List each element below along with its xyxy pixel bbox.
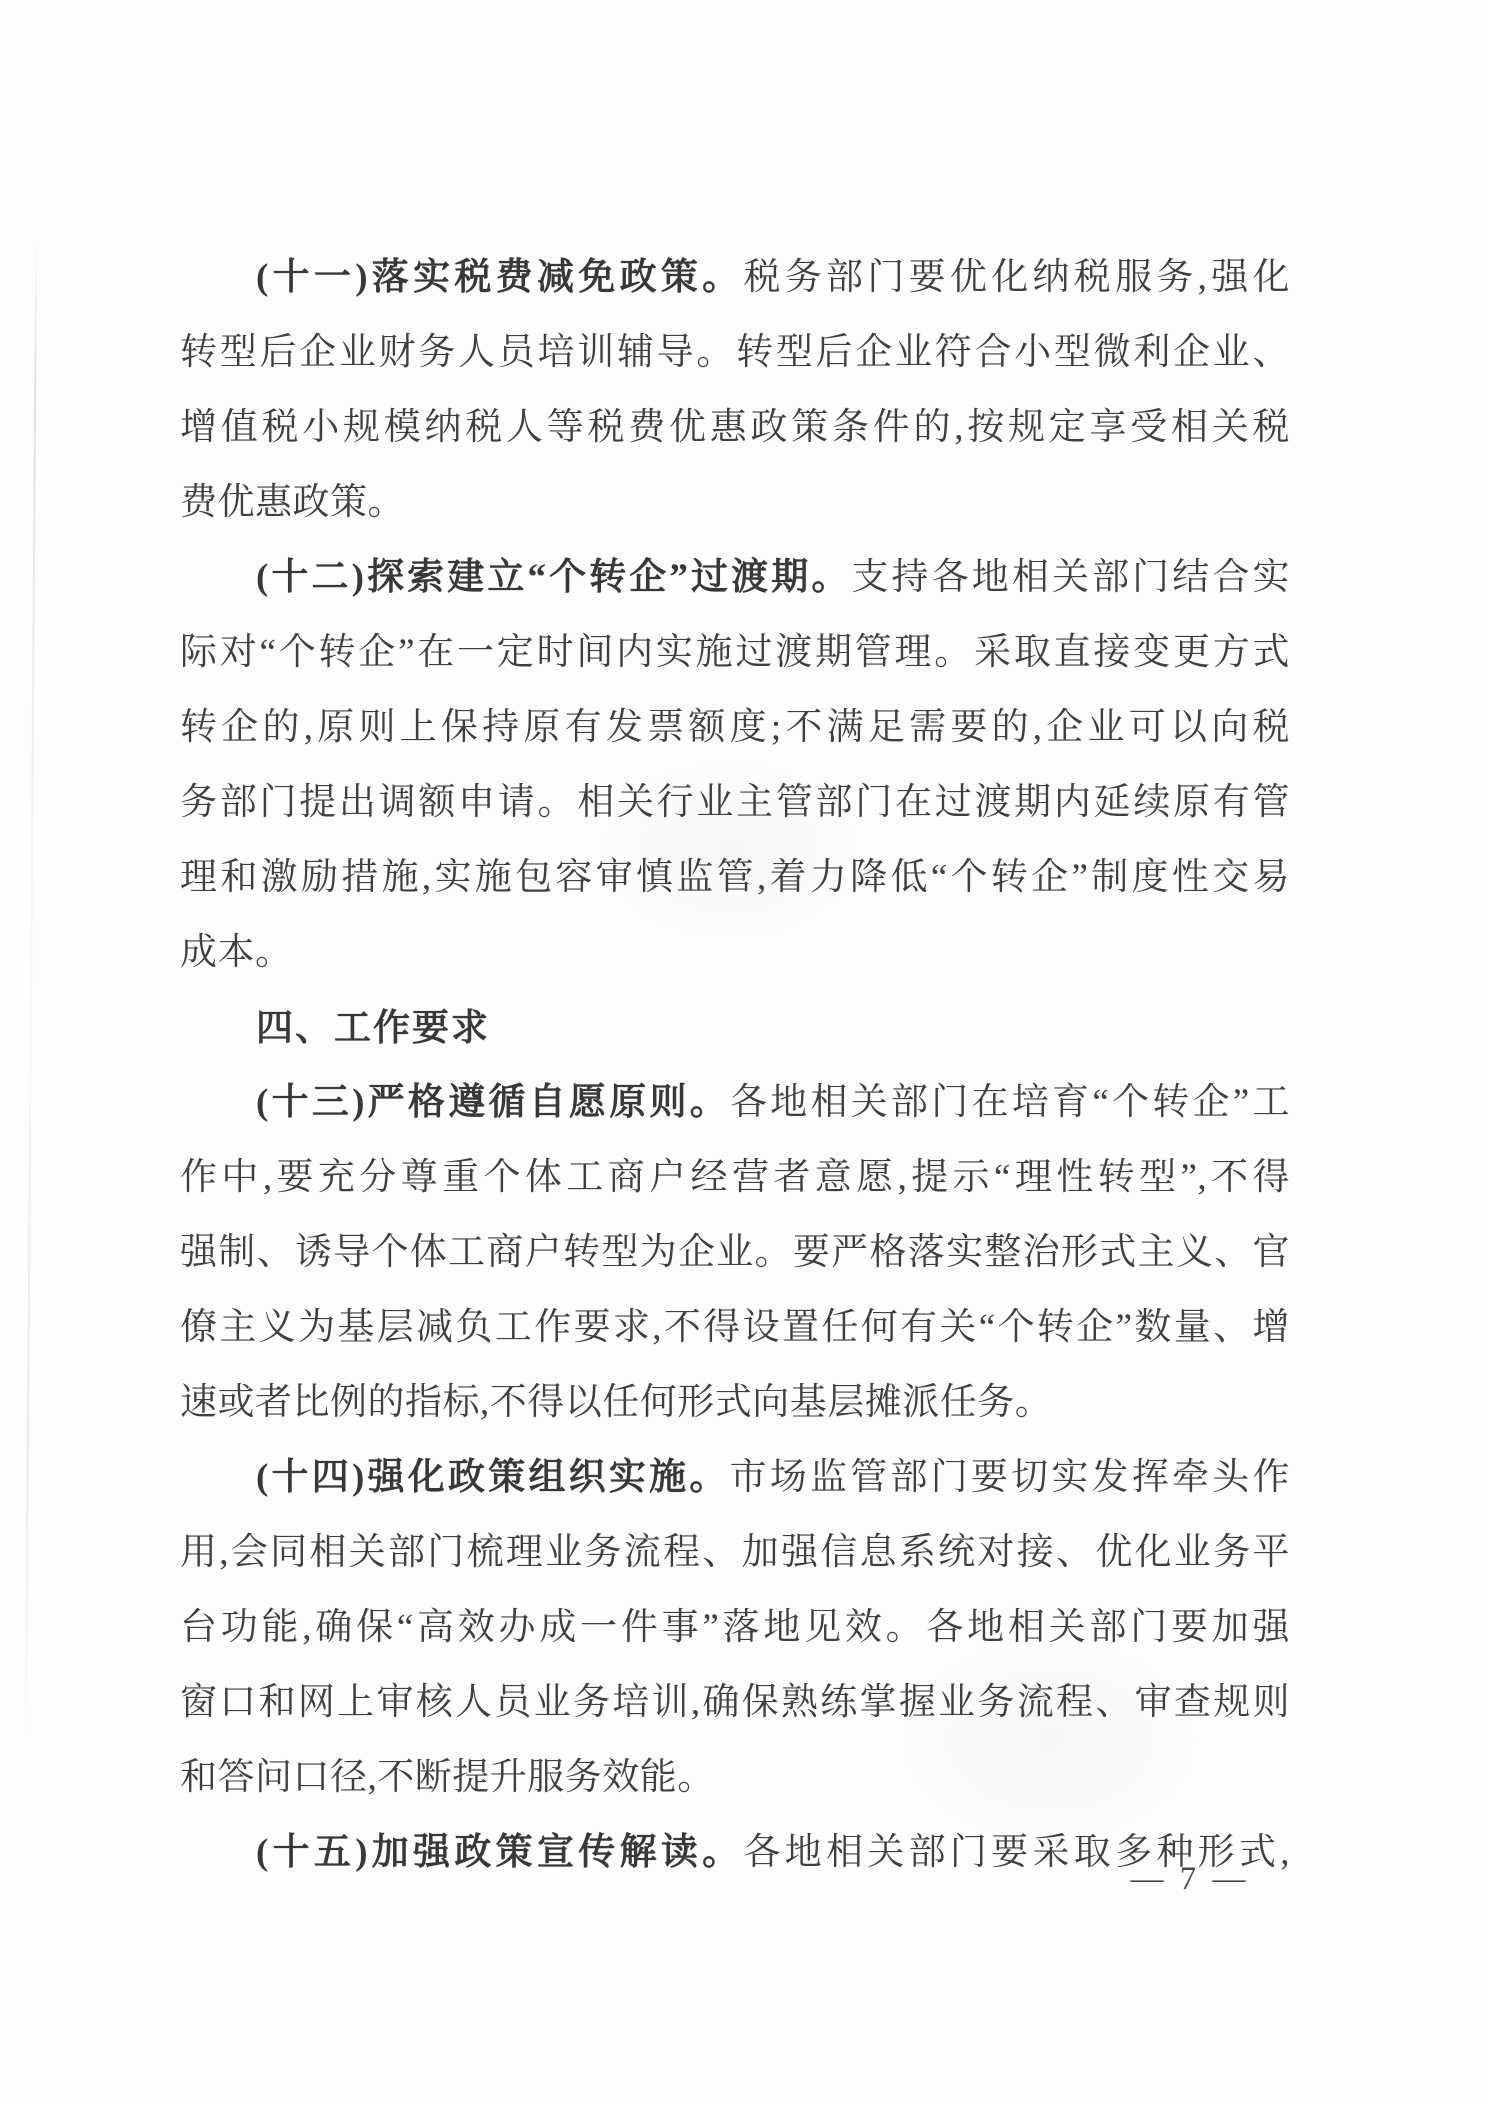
emphasis-text: (十五)加强政策宣传解读。 bbox=[256, 1832, 743, 1873]
text-line: 用,会同相关部门梳理业务流程、加强信息系统对接、优化业务平 bbox=[180, 1515, 1290, 1590]
body-text: 税务部门要优化纳税服务,强化 bbox=[743, 257, 1290, 298]
body-text: 速或者比例的指标,不得以任何形式向基层摊派任务。 bbox=[180, 1382, 1052, 1423]
text-line: 务部门提出调额申请。相关行业主管部门在过渡期内延续原有管 bbox=[180, 765, 1290, 840]
scan-crease-line bbox=[25, 240, 37, 1740]
emphasis-text: (十四)强化政策组织实施。 bbox=[256, 1457, 730, 1498]
body-text: 支持各地相关部门结合实 bbox=[851, 557, 1290, 598]
page-number: — 7 — bbox=[1080, 1854, 1300, 1904]
text-line: (十三)严格遵循自愿原则。各地相关部门在培育“个转企”工 bbox=[180, 1065, 1290, 1140]
body-text: 窗口和网上审核人员业务培训,确保熟练掌握业务流程、审查规则 bbox=[180, 1682, 1290, 1723]
body-text: 转型后企业财务人员培训辅导。转型后企业符合小型微利企业、 bbox=[180, 332, 1290, 373]
text-line: 际对“个转企”在一定时间内实施过渡期管理。采取直接变更方式 bbox=[180, 615, 1290, 690]
body-text: 费优惠政策。 bbox=[180, 482, 405, 523]
text-line: 转企的,原则上保持原有发票额度;不满足需要的,企业可以向税 bbox=[180, 690, 1290, 765]
body-text: 台功能,确保“高效办成一件事”落地见效。各地相关部门要加强 bbox=[180, 1607, 1290, 1648]
emphasis-text: 四、工作要求 bbox=[256, 1007, 490, 1048]
body-text: 用,会同相关部门梳理业务流程、加强信息系统对接、优化业务平 bbox=[180, 1532, 1290, 1573]
body-text: 僚主义为基层减负工作要求,不得设置任何有关“个转企”数量、增 bbox=[180, 1307, 1290, 1348]
body-text: 转企的,原则上保持原有发票额度;不满足需要的,企业可以向税 bbox=[180, 707, 1290, 748]
text-line: 强制、诱导个体工商户转型为企业。要严格落实整治形式主义、官 bbox=[180, 1215, 1290, 1290]
body-text: 各地相关部门在培育“个转企”工 bbox=[730, 1082, 1290, 1123]
text-line: 窗口和网上审核人员业务培训,确保熟练掌握业务流程、审查规则 bbox=[180, 1665, 1290, 1740]
text-line: 台功能,确保“高效办成一件事”落地见效。各地相关部门要加强 bbox=[180, 1590, 1290, 1665]
body-text: 理和激励措施,实施包容审慎监管,着力降低“个转企”制度性交易 bbox=[180, 857, 1290, 898]
body-text: 作中,要充分尊重个体工商户经营者意愿,提示“理性转型”,不得 bbox=[180, 1157, 1290, 1198]
text-line: (十二)探索建立“个转企”过渡期。支持各地相关部门结合实 bbox=[180, 540, 1290, 615]
text-line: 增值税小规模纳税人等税费优惠政策条件的,按规定享受相关税 bbox=[180, 390, 1290, 465]
section-heading: 四、工作要求 bbox=[180, 990, 1290, 1065]
scanned-document-page: (十一)落实税费减免政策。税务部门要优化纳税服务,强化转型后企业财务人员培训辅导… bbox=[0, 0, 1487, 2104]
emphasis-text: (十一)落实税费减免政策。 bbox=[256, 257, 743, 298]
emphasis-text: (十三)严格遵循自愿原则。 bbox=[256, 1082, 730, 1123]
text-line: (十四)强化政策组织实施。市场监管部门要切实发挥牵头作 bbox=[180, 1440, 1290, 1515]
body-text: 和答问口径,不断提升服务效能。 bbox=[180, 1757, 715, 1798]
text-line: 成本。 bbox=[180, 915, 1290, 990]
text-line: 费优惠政策。 bbox=[180, 465, 1290, 540]
text-line: 僚主义为基层减负工作要求,不得设置任何有关“个转企”数量、增 bbox=[180, 1290, 1290, 1365]
text-line: 转型后企业财务人员培训辅导。转型后企业符合小型微利企业、 bbox=[180, 315, 1290, 390]
text-line: (十一)落实税费减免政策。税务部门要优化纳税服务,强化 bbox=[180, 240, 1290, 315]
body-text: 增值税小规模纳税人等税费优惠政策条件的,按规定享受相关税 bbox=[180, 407, 1290, 448]
text-line: 速或者比例的指标,不得以任何形式向基层摊派任务。 bbox=[180, 1365, 1290, 1440]
text-line: 作中,要充分尊重个体工商户经营者意愿,提示“理性转型”,不得 bbox=[180, 1140, 1290, 1215]
document-lines: (十一)落实税费减免政策。税务部门要优化纳税服务,强化转型后企业财务人员培训辅导… bbox=[180, 240, 1290, 1890]
body-text: 强制、诱导个体工商户转型为企业。要严格落实整治形式主义、官 bbox=[180, 1232, 1290, 1273]
body-text: 成本。 bbox=[180, 932, 293, 973]
text-line: 和答问口径,不断提升服务效能。 bbox=[180, 1740, 1290, 1815]
body-text: 际对“个转企”在一定时间内实施过渡期管理。采取直接变更方式 bbox=[180, 632, 1290, 673]
body-text: 务部门提出调额申请。相关行业主管部门在过渡期内延续原有管 bbox=[180, 782, 1290, 823]
body-text: 市场监管部门要切实发挥牵头作 bbox=[730, 1457, 1290, 1498]
emphasis-text: (十二)探索建立“个转企”过渡期。 bbox=[256, 557, 851, 598]
text-line: 理和激励措施,实施包容审慎监管,着力降低“个转企”制度性交易 bbox=[180, 840, 1290, 915]
